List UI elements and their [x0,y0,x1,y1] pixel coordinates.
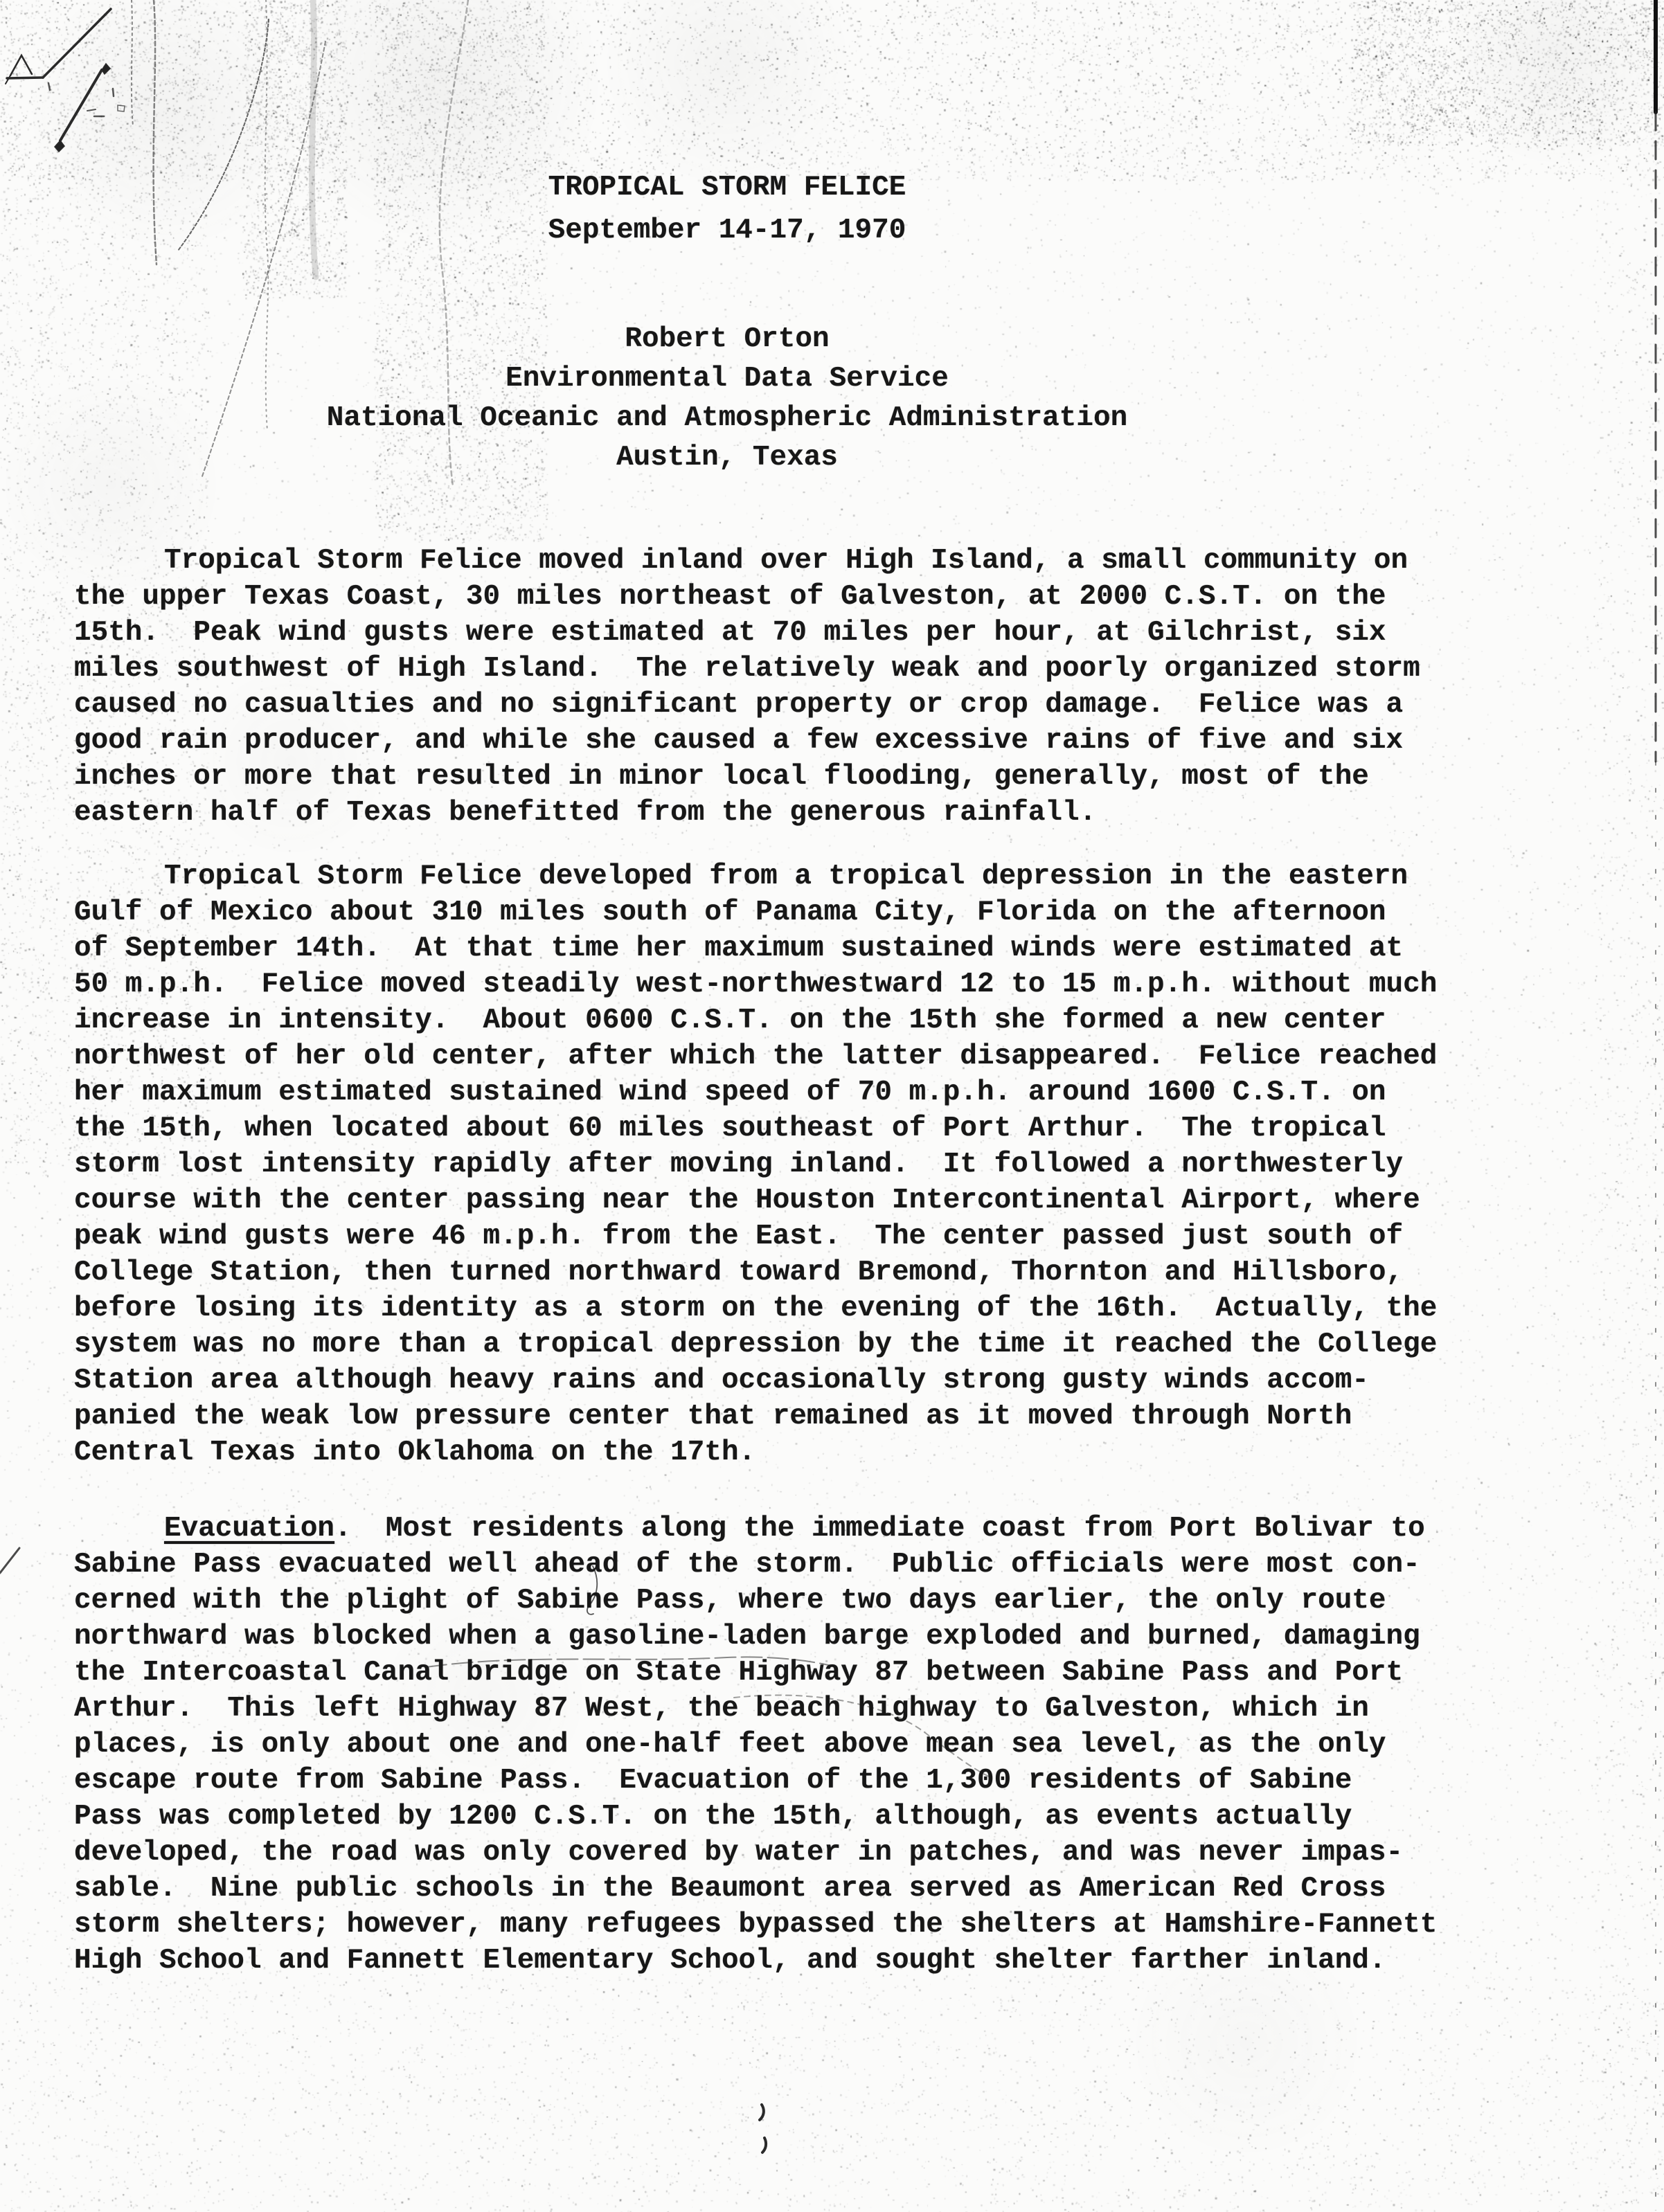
paragraph-summary: Tropical Storm Felice moved inland over … [74,543,1625,831]
title-block: TROPICAL STORM FELICE September 14-17, 1… [0,166,1454,252]
paragraph-evacuation: Evacuation. Most residents along the imm… [74,1511,1625,1979]
document-title: TROPICAL STORM FELICE [0,166,1454,209]
paragraph-storm-history: Tropical Storm Felice developed from a t… [74,858,1625,1471]
document-date: September 14-17, 1970 [0,209,1454,252]
author-org-1: Environmental Data Service [0,359,1454,399]
author-block: Robert Orton Environmental Data Service … [0,320,1454,478]
evacuation-text: . Most residents along the immediate coa… [74,1513,1437,1977]
scanned-document-page: TROPICAL STORM FELICE September 14-17, 1… [0,0,1664,2212]
evacuation-heading: Evacuation [164,1513,334,1545]
author-location: Austin, Texas [0,438,1454,478]
author-org-2: National Oceanic and Atmospheric Adminis… [0,399,1454,438]
typewritten-text-layer: TROPICAL STORM FELICE September 14-17, 1… [0,0,1664,2212]
author-name: Robert Orton [0,320,1454,359]
